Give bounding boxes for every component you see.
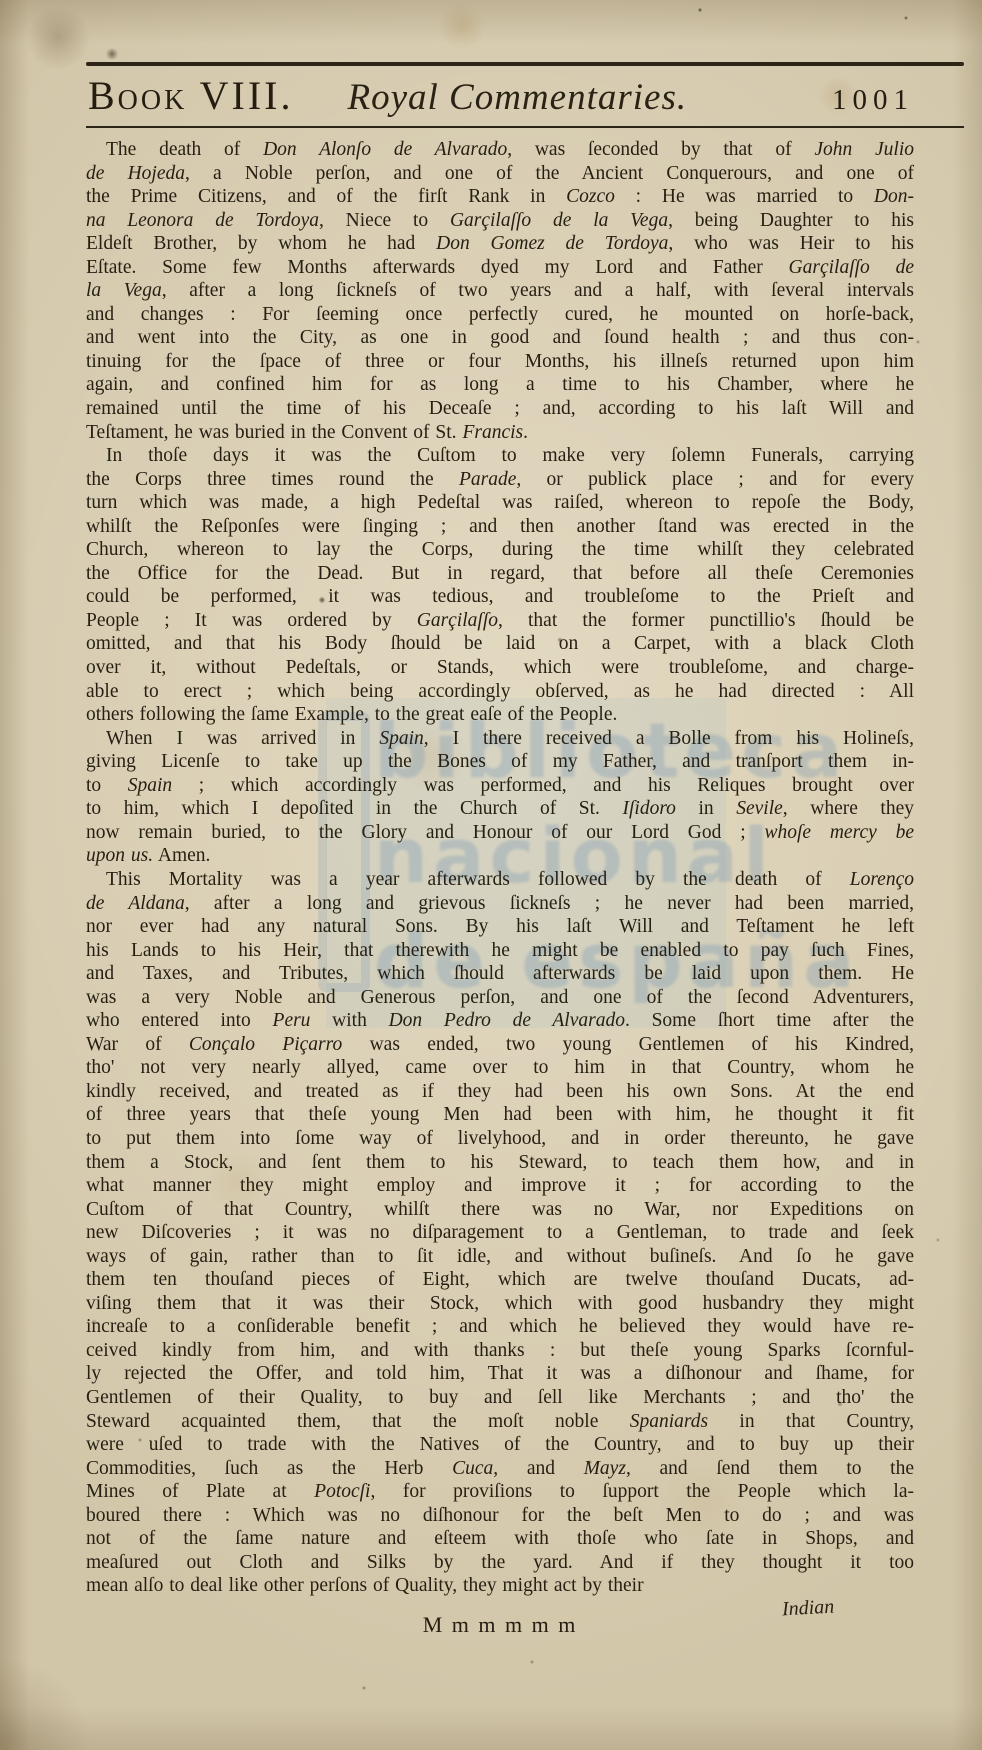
italic-text: na Leonora de Tordoya xyxy=(86,210,319,231)
text-line: able to erect ; which being accordingly … xyxy=(86,680,914,704)
header-rule-top xyxy=(86,62,964,66)
italic-text: de Hojeda xyxy=(86,163,185,184)
page-header: Book VIII. Royal Commentaries. 1001 xyxy=(88,72,914,119)
italic-text: Cozco xyxy=(566,186,615,207)
paragraph: When I was arrived in Spain, I there rec… xyxy=(86,727,914,868)
paragraph: This Mortality was a year afterwards fol… xyxy=(86,868,914,1598)
text-line: Eſtate. Some few Months afterwards dyed … xyxy=(86,256,914,280)
text-line: the Prime Citizens, and of the firſt Ran… xyxy=(86,185,914,209)
page-body: The death of Don Alonſo de Alvarado, was… xyxy=(86,138,914,1598)
paragraph: In thoſe days it was the Cuſtom to make … xyxy=(86,444,914,727)
italic-text: Sevile xyxy=(736,798,783,819)
text-line: could be performed, it was tedious, and … xyxy=(86,585,914,609)
text-line: were uſed to trade with the Natives of t… xyxy=(86,1433,914,1457)
text-line: boured there : Which was no diſhonour fo… xyxy=(86,1504,914,1528)
text-line: omitted, and that his Body ſhould be lai… xyxy=(86,632,914,656)
text-line: not of the ſame nature and eſteem with t… xyxy=(86,1527,914,1551)
italic-text: Mayz xyxy=(584,1458,626,1479)
header-rule-bottom xyxy=(86,126,964,128)
text-line: viſing them that it was their Stock, whi… xyxy=(86,1292,914,1316)
text-line: new Diſcoveries ; it was no diſparagemen… xyxy=(86,1221,914,1245)
text-line: ceived kindly from him, and with thanks … xyxy=(86,1339,914,1363)
text-line: of three years that theſe young Men had … xyxy=(86,1103,914,1127)
text-line: This Mortality was a year afterwards fol… xyxy=(86,868,914,892)
text-line: The death of Don Alonſo de Alvarado, was… xyxy=(86,138,914,162)
text-line: his Lands to his Heir, that therewith he… xyxy=(86,939,914,963)
italic-text: Parade xyxy=(459,469,516,490)
italic-text: Iſidoro xyxy=(622,798,675,819)
text-line: mean alſo to deal like other perſons of … xyxy=(86,1574,914,1598)
text-line: tinuing for the ſpace of three or four M… xyxy=(86,350,914,374)
text-line: War of Conçalo Piçarro was ended, two yo… xyxy=(86,1033,914,1057)
text-line: People ; It was ordered by Garçilaſſo, t… xyxy=(86,609,914,633)
text-line: to Spain ; which accordingly was perform… xyxy=(86,774,914,798)
text-line: who entered into Peru with Don Pedro de … xyxy=(86,1009,914,1033)
italic-text: Don Alonſo de Alvarado xyxy=(263,139,507,160)
italic-text: upon us. xyxy=(86,845,153,866)
text-line: increaſe to a conſiderable benefit ; and… xyxy=(86,1315,914,1339)
italic-text: Spaniards xyxy=(630,1411,708,1432)
catchword: Indian xyxy=(781,1596,834,1622)
text-line: Cuſtom of that Country, whilſt there was… xyxy=(86,1198,914,1222)
italic-text: Garçilaſſo de xyxy=(789,257,914,278)
italic-text: Garçilaſſo xyxy=(417,610,498,631)
text-line: and Taxes, and Tributes, which ſhould af… xyxy=(86,962,914,986)
page-title: Royal Commentaries. xyxy=(347,76,687,119)
text-line: When I was arrived in Spain, I there rec… xyxy=(86,727,914,751)
page: biblioteca nacional de españa Book VIII.… xyxy=(0,0,982,1750)
text-line: the Office for the Dead. But in regard, … xyxy=(86,562,914,586)
text-line: de Aldana, after a long and grievous ſic… xyxy=(86,892,914,916)
italic-text: Potocſi xyxy=(314,1481,370,1502)
text-line: In thoſe days it was the Cuſtom to make … xyxy=(86,444,914,468)
italic-text: Garçilaſſo de la Vega xyxy=(450,210,668,231)
italic-text: John Julio xyxy=(814,139,914,160)
italic-text: de Aldana xyxy=(86,893,185,914)
italic-text: whoſe mercy be xyxy=(764,822,914,843)
text-line: Teſtament, he was buried in the Convent … xyxy=(86,421,914,445)
text-line: the Corps three times round the Parade, … xyxy=(86,468,914,492)
italic-text: Spain xyxy=(379,728,423,749)
text-line: Church, whereon to lay the Corps, during… xyxy=(86,538,914,562)
text-line: nor ever had any natural Sons. By his la… xyxy=(86,915,914,939)
text-line: meaſured out Cloth and Silks by the yard… xyxy=(86,1551,914,1575)
italic-text: Cuca xyxy=(452,1458,493,1479)
text-line: again, and confined him for as long a ti… xyxy=(86,373,914,397)
italic-text: Don Gomez de Tordoya xyxy=(436,233,668,254)
text-line: turn which was made, a high Pedeſtal was… xyxy=(86,491,914,515)
italic-text: la Vega xyxy=(86,280,162,301)
text-line: and went into the City, as one in good a… xyxy=(86,326,914,350)
paragraph: The death of Don Alonſo de Alvarado, was… xyxy=(86,138,914,444)
book-label: Book VIII. xyxy=(88,72,293,119)
italic-text: Lorenço xyxy=(850,869,914,890)
text-line: Commodities, ſuch as the Herb Cuca, and … xyxy=(86,1457,914,1481)
text-line: Eldeſt Brother, by whom he had Don Gomez… xyxy=(86,232,914,256)
italic-text: Spain xyxy=(128,775,172,796)
italic-text: Conçalo Piçarro xyxy=(189,1034,342,1055)
text-line: Steward acquainted them, that the moſt n… xyxy=(86,1410,914,1434)
text-line: others following the ſame Example, to th… xyxy=(86,703,914,727)
text-line: de Hojeda, a Noble perſon, and one of th… xyxy=(86,162,914,186)
text-line: and changes : For ſeeming once perfectly… xyxy=(86,303,914,327)
text-line: remained until the time of his Deceaſe ;… xyxy=(86,397,914,421)
text-line: ly rejected the Offer, and told him, Tha… xyxy=(86,1362,914,1386)
italic-text: Don Pedro de Alvarado xyxy=(389,1010,625,1031)
text-line: over it, without Pedeſtals, or Stands, w… xyxy=(86,656,914,680)
text-line: tho' not very nearly allyed, came over t… xyxy=(86,1056,914,1080)
text-line: what manner they might employ and improv… xyxy=(86,1174,914,1198)
text-line: whilſt the Reſponſes were ſinging ; and … xyxy=(86,515,914,539)
italic-text: Don- xyxy=(874,186,914,207)
page-number: 1001 xyxy=(832,84,914,117)
text-line: kindly received, and treated as if they … xyxy=(86,1080,914,1104)
italic-text: Peru xyxy=(273,1010,311,1031)
text-line: la Vega, after a long ſickneſs of two ye… xyxy=(86,279,914,303)
text-line: Gentlemen of their Quality, to buy and ſ… xyxy=(86,1386,914,1410)
text-line: them ten thouſand pieces of Eight, which… xyxy=(86,1268,914,1292)
text-line: na Leonora de Tordoya, Niece to Garçilaſ… xyxy=(86,209,914,233)
text-line: giving Licenſe to take up the Bones of m… xyxy=(86,750,914,774)
text-line: upon us. Amen. xyxy=(86,844,914,868)
text-line: now remain buried, to the Glory and Hono… xyxy=(86,821,914,845)
text-line: them a Stock, and ſent them to his Stewa… xyxy=(86,1151,914,1175)
text-line: Mines of Plate at Potocſi, for proviſion… xyxy=(86,1480,914,1504)
text-line: was a very Noble and Generous perſon, an… xyxy=(86,986,914,1010)
text-line: to him, which I depoſited in the Church … xyxy=(86,797,914,821)
text-line: ways of gain, rather than to ſit idle, a… xyxy=(86,1245,914,1269)
italic-text: Francis xyxy=(462,422,523,443)
text-line: to put them into ſome way of livelyhood,… xyxy=(86,1127,914,1151)
